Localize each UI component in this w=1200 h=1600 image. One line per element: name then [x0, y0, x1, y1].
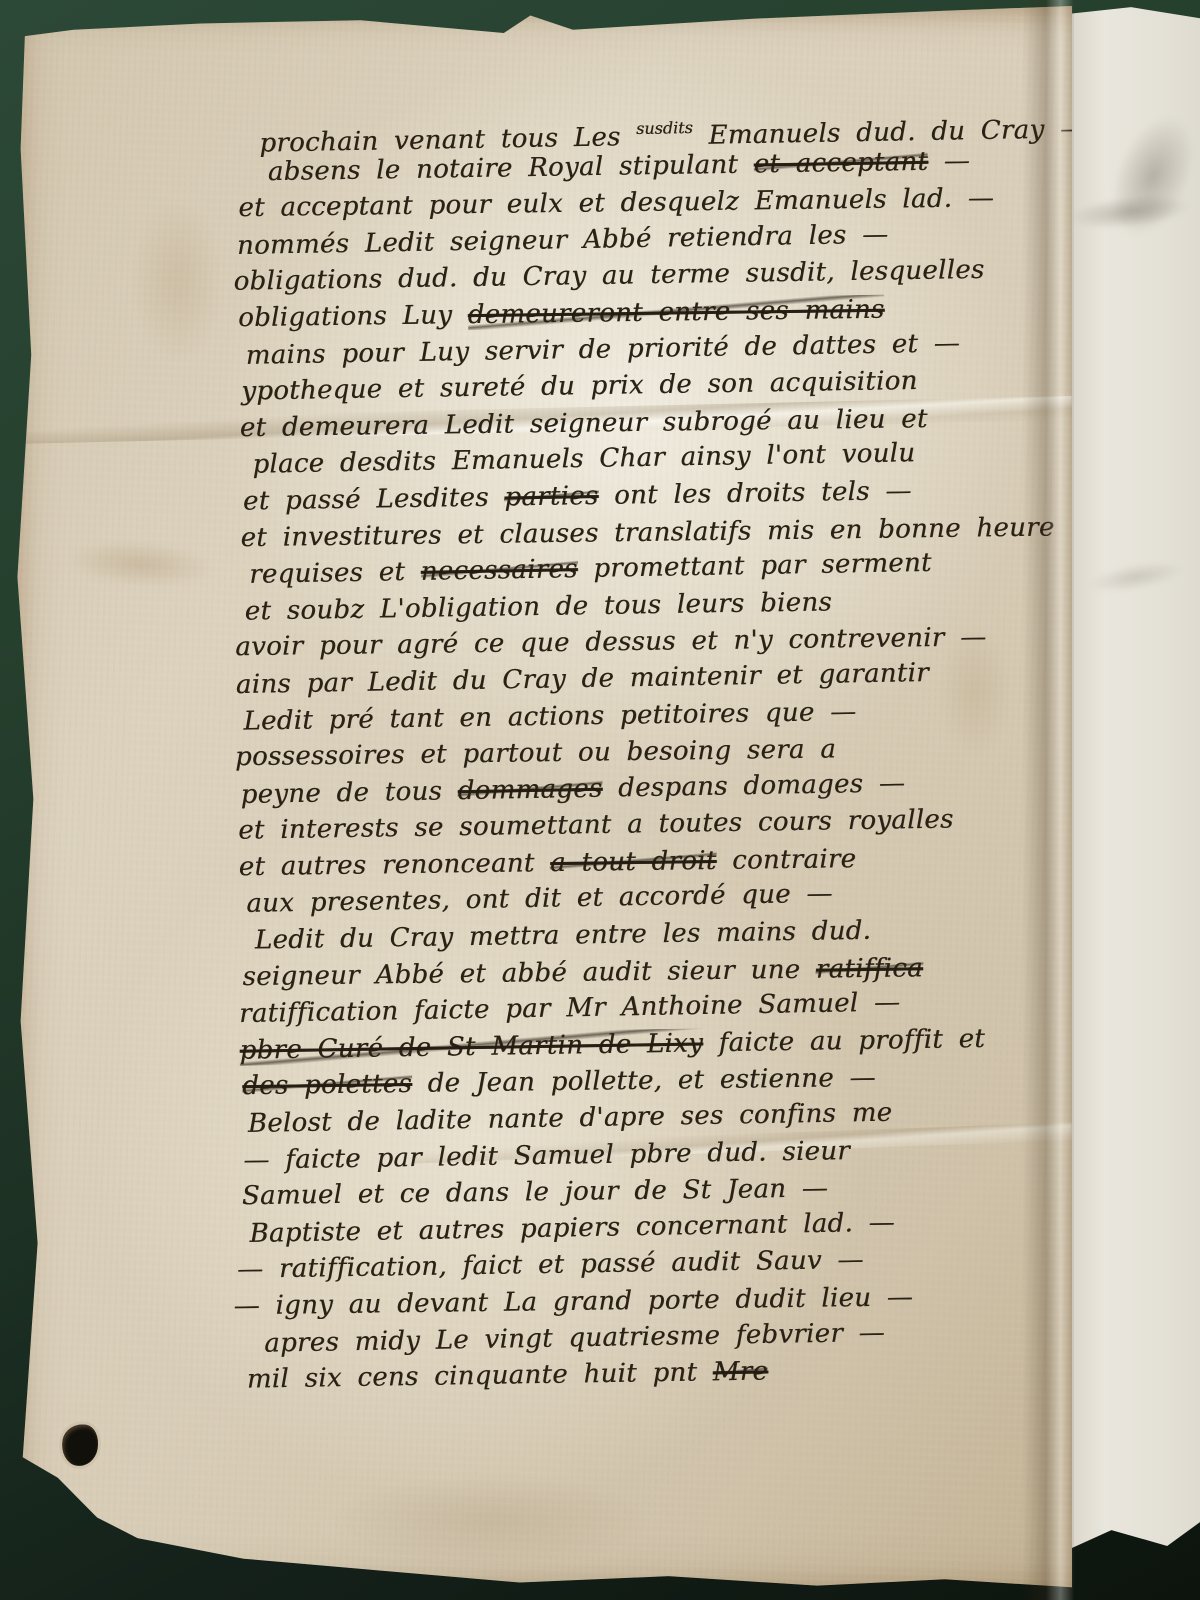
handwritten-text: ont les droits tels — — [598, 476, 912, 511]
handwritten-text: et soubz L'obligation de tous leurs bien… — [245, 587, 833, 626]
handwritten-text: Belost de ladite nante d'apre ses confin… — [248, 1098, 893, 1139]
ink-bleedthrough-mark — [1091, 98, 1200, 253]
manuscript-photo: prochain venant tous Les susdits Emanuel… — [0, 0, 1200, 1600]
handwritten-text: — — [928, 146, 970, 177]
struck-text: demeureront entre ses mains — [468, 295, 885, 330]
handwritten-text: seigneur Abbé et abbé audit sieur une — [242, 954, 816, 992]
manuscript-sheet: prochain venant tous Les susdits Emanuel… — [10, 6, 1072, 1592]
handwritten-text: mil six cens cinquante huit pnt — [247, 1358, 713, 1395]
struck-text: pbre Curé de St Martin de Lixy — [239, 1028, 703, 1065]
handwritten-text: Baptiste et autres papiers concernant la… — [249, 1207, 895, 1248]
fold-shadow — [1022, 0, 1074, 1600]
handwritten-text: despans domages — — [602, 768, 905, 803]
struck-text: a tout droit — [550, 846, 717, 878]
handwritten-text: nommés Ledit seigneur Abbé retiendra les… — [237, 219, 889, 260]
struck-text: Mre — [713, 1357, 769, 1388]
handwritten-text: et passé Lesdites — [243, 482, 505, 516]
handwritten-text: Samuel et ce dans le jour de St Jean — — [242, 1174, 828, 1212]
handwritten-text: — ratiffication, faict et passé audit Sa… — [237, 1245, 864, 1285]
struck-text: des polettes — [242, 1069, 412, 1101]
paper-stain — [130, 196, 225, 366]
handwritten-text: de Jean pollette, et estienne — — [412, 1063, 876, 1099]
paper-stain — [330, 1476, 650, 1566]
struck-text: necessaires — [420, 554, 578, 587]
photo-backdrop: { "colors": { "backdrop": "#2c4836", "ba… — [0, 0, 1200, 1600]
ink-bleedthrough-mark — [1067, 190, 1194, 235]
handwritten-text: et autres renonceant — [239, 848, 551, 882]
handwritten-text: contraire — [716, 844, 856, 876]
handwritten-text: requises et — [249, 557, 421, 590]
struck-text: ratiffica — [816, 953, 923, 984]
ink-bleedthrough-mark — [1085, 556, 1188, 599]
handwritten-text: apres midy Le vingt quatriesme febvrier … — [264, 1317, 885, 1358]
struck-text: et acceptant — [753, 146, 928, 179]
handwritten-text: — faicte par ledit Samuel pbre dud. sieu… — [243, 1136, 850, 1176]
handwritten-text: obligations Luy — [238, 300, 468, 333]
handwritten-text: possessoires et partout ou besoing sera … — [235, 734, 836, 772]
handwritten-text: Ledit pré tant en actions petitoires que… — [243, 697, 856, 737]
handwritten-text: aux presentes, ont dit et accordé que — — [246, 879, 833, 919]
struck-text: dommages — [457, 773, 602, 806]
handwritten-text: peyne de tous — [240, 776, 458, 810]
handwritten-text: Ledit du Cray mettra entre les mains dud… — [255, 916, 872, 956]
handwritten-text: faicte au proffit et — [703, 1024, 985, 1058]
manuscript-lines: prochain venant tous Les susdits Emanuel… — [215, 105, 1087, 1399]
handwritten-text: promettant par serment — [577, 548, 932, 584]
struck-text: parties — [504, 481, 599, 512]
inserted-text: susdits — [636, 118, 693, 138]
